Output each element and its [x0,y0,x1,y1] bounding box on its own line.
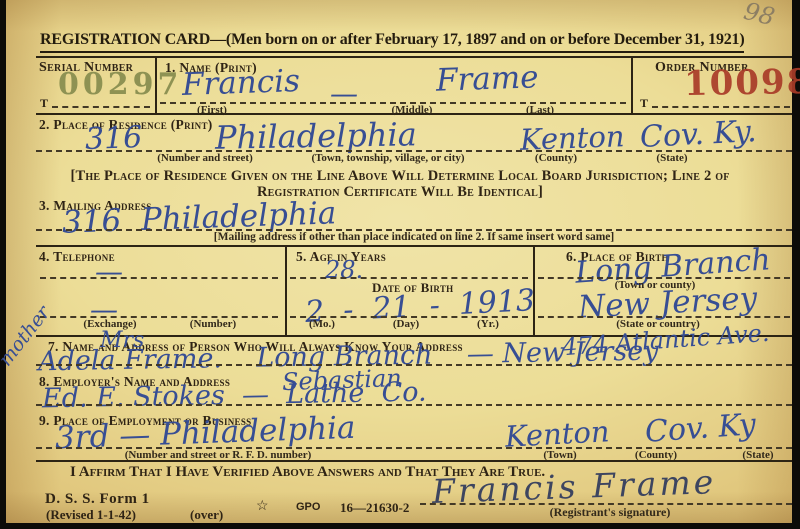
employer-line [36,404,792,406]
name-first-sublabel: (First) [197,104,227,116]
gpo-mark: GPO [296,501,320,513]
form-number: D. S. S. Form 1 [45,491,150,508]
employment-state-handwritten: Cov. Ky [644,410,757,448]
name-last-sublabel: (Last) [526,104,554,116]
telephone-exchange-line [40,277,278,279]
residence-state-handwritten: Cov. Ky. [639,117,757,153]
divider-name-order [631,57,633,114]
serial-number-stamp: 00297 [58,70,182,100]
employment-town-sublabel: (Town) [543,449,576,461]
dob-month-sublabel: (Mo.) [309,318,335,330]
residence-street-sublabel: (Number and street) [157,152,253,164]
serial-t-prefix: T [40,96,48,111]
registrant-signature-handwritten: Francis Frame [432,465,717,508]
dob-year-sublabel: (Yr.) [477,318,499,330]
employment-state-sublabel: (State) [742,449,773,461]
telephone-number-sublabel: (Number) [190,318,236,330]
name-first-handwritten: Francis [181,66,300,101]
employer-handwritten: Ed. E. Stokes — Lathe Co. [42,379,427,413]
card-title: REGISTRATION CARD—(Men born on or after … [40,31,744,53]
name-last-handwritten: Frame [435,62,539,97]
print-code: 16—21630-2 [340,500,409,516]
divider-telephone-age [285,245,287,336]
contact-line [36,364,792,366]
residence-town-handwritten: Philadelphia [215,118,417,154]
employment-county-sublabel: (County) [635,449,677,461]
mailing-sublabel: [Mailing address if other than place ind… [214,231,614,243]
signature-sublabel: (Registrant's signature) [550,505,671,520]
employment-street-sublabel: (Number and street or R. F. D. number) [125,449,312,461]
residence-state-sublabel: (State) [656,152,687,164]
order-t-prefix: T [640,96,648,111]
over-note: (over) [190,507,223,523]
age-line [290,277,528,279]
residence-town-sublabel: (Town, township, village, or city) [311,152,464,164]
telephone-exchange-handwritten: — [95,258,123,286]
order-line [652,106,790,108]
star-icon: ☆ [256,498,269,515]
local-board-notice: [The Place of Residence Given on the Lin… [50,168,750,200]
dob-day-sublabel: (Day) [393,318,419,330]
telephone-number-line [40,316,278,318]
order-number-stamp: 10098 [684,65,800,101]
residence-county-sublabel: (County) [535,152,577,164]
name-middle-sublabel: (Middle) [392,104,433,116]
rule-under-title [36,56,792,58]
form-revision: (Revised 1-1-42) [46,507,136,523]
rule-under-mailing-row [36,245,792,247]
serial-line [52,106,150,108]
registration-card-scan: { "palette": { "paper_center": "#f0e4a8"… [0,0,800,529]
